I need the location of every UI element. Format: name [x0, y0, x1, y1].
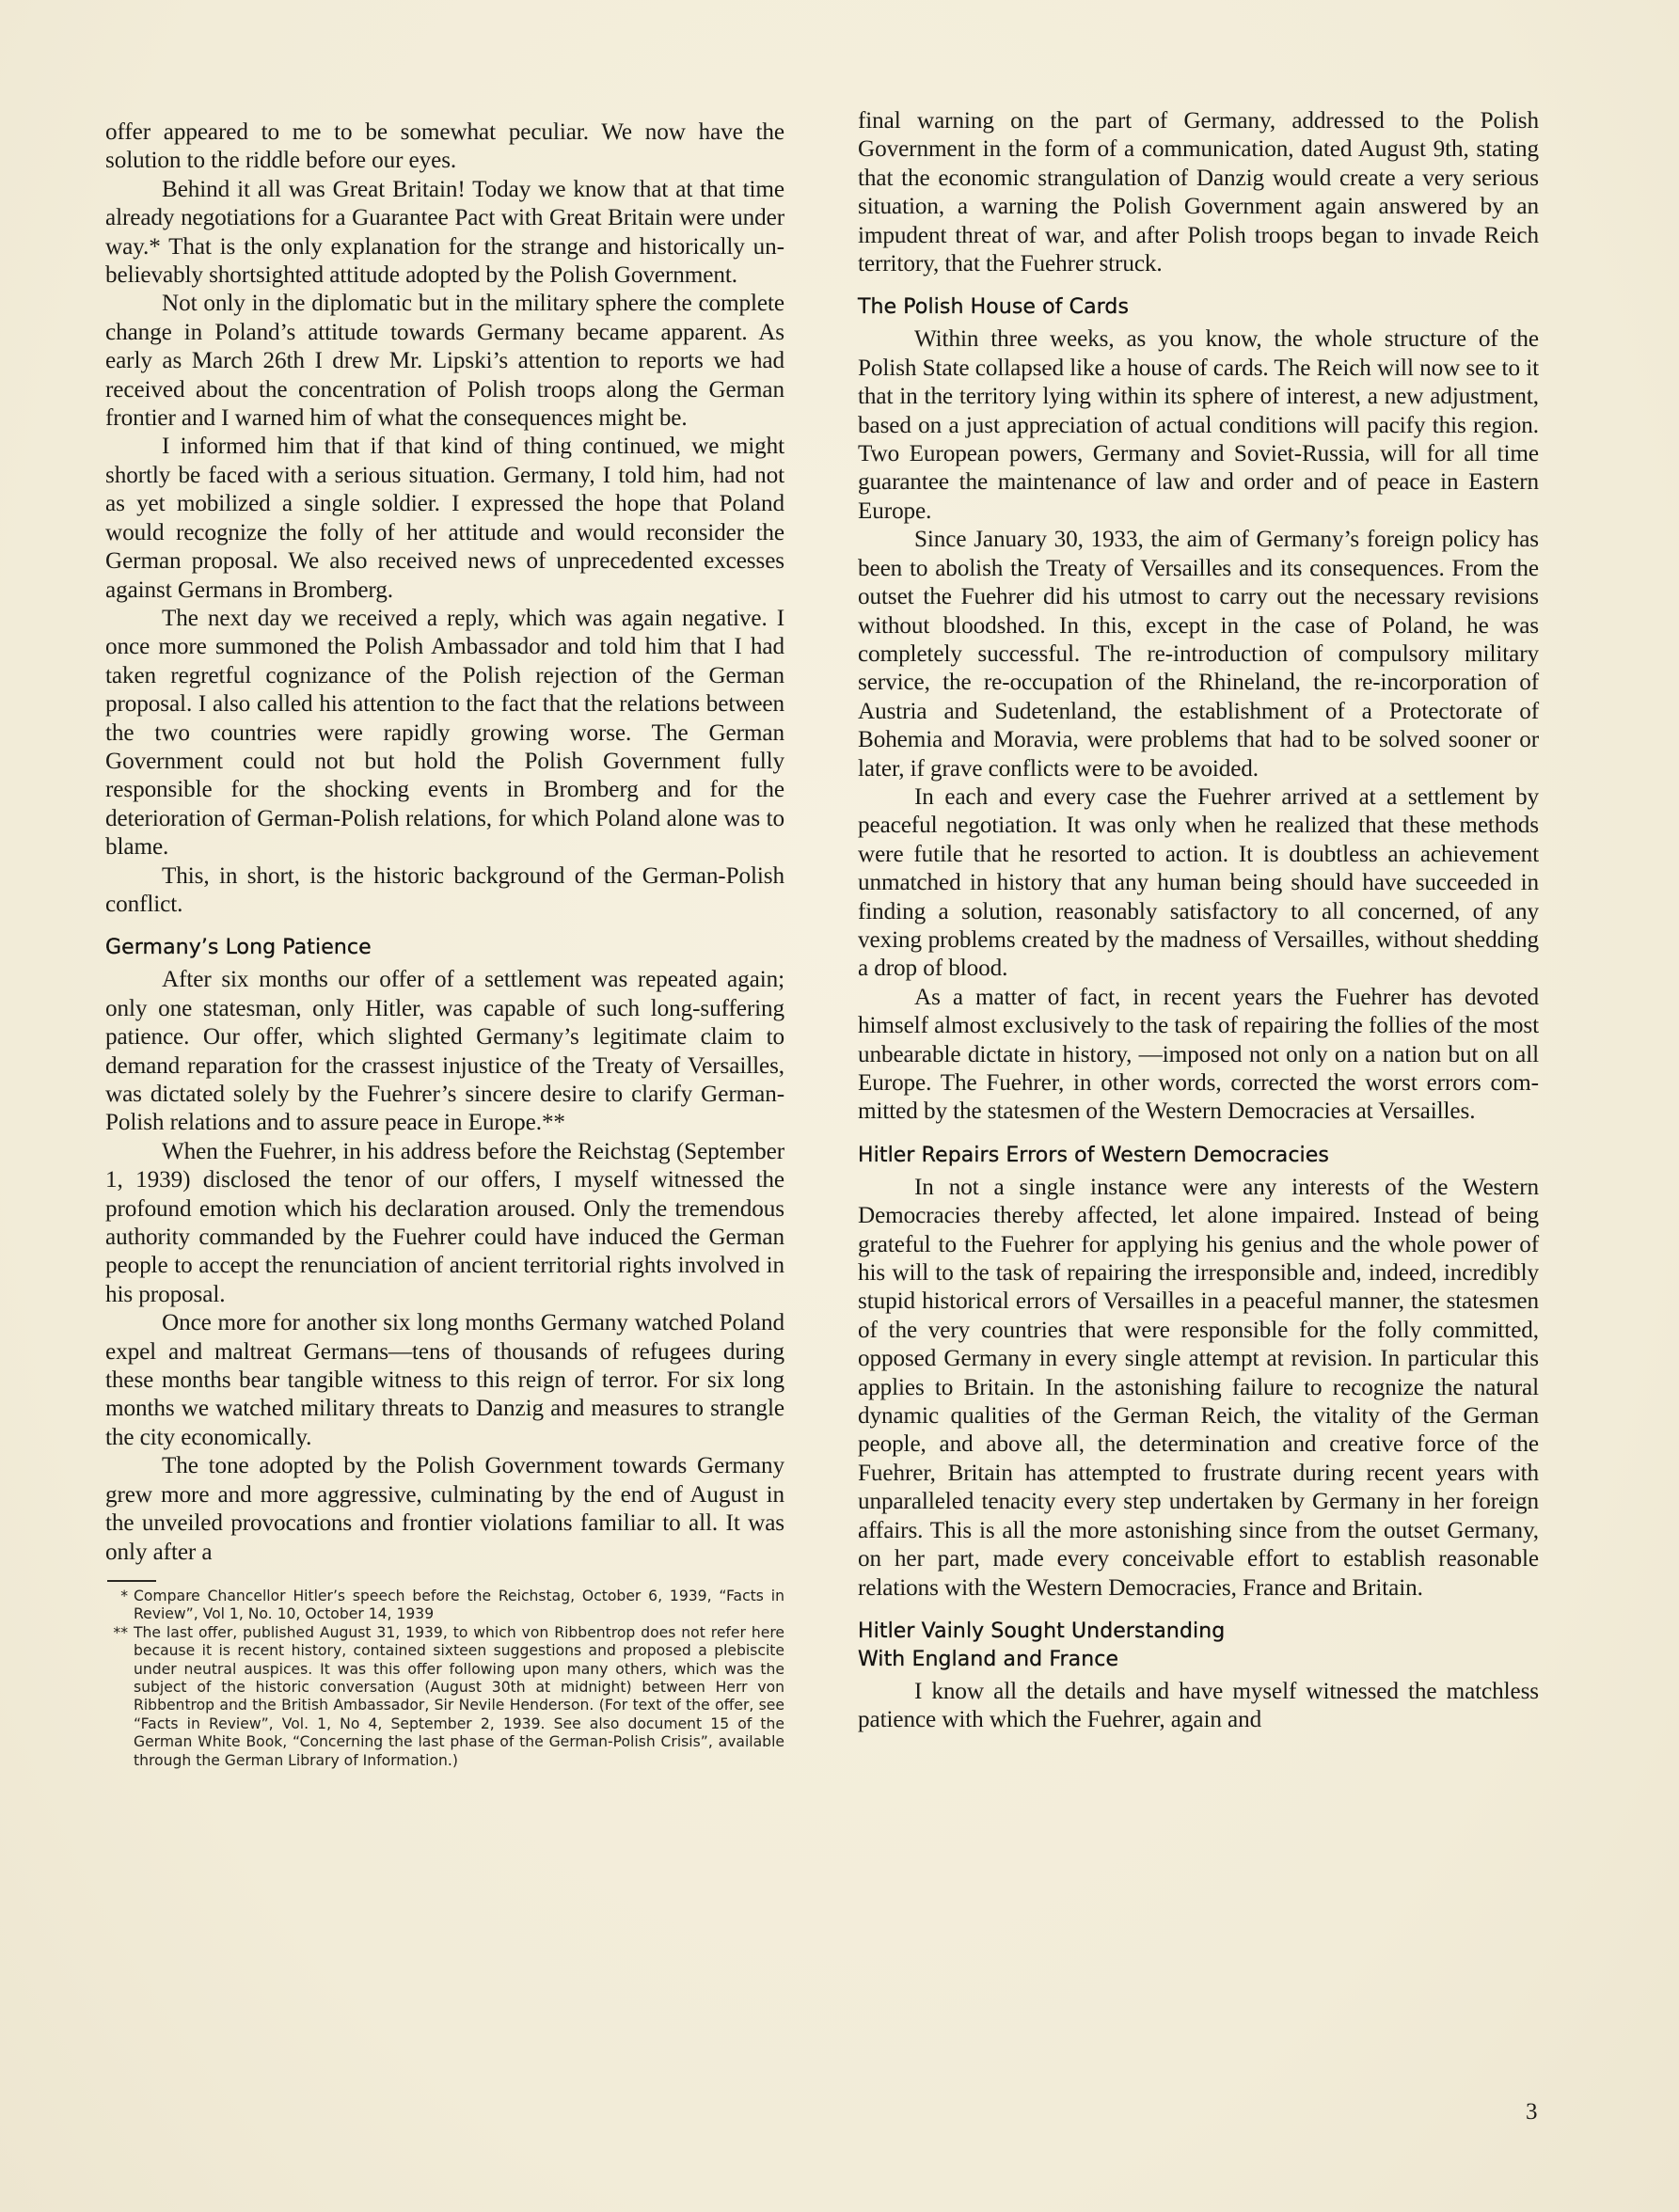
heading-line-2: With England and France [858, 1648, 1118, 1671]
footnote-divider [107, 1580, 156, 1582]
page-number: 3 [1526, 2099, 1538, 2125]
footnote-text: The last offer, published August 31, 193… [134, 1624, 784, 1770]
body-paragraph: The tone adopted by the Polish Governmen… [105, 1452, 784, 1567]
heading-line-1: Hitler Vainly Sought Understanding [858, 1619, 1225, 1643]
section-heading-long-patience: Germany’s Long Patience [105, 934, 784, 962]
body-paragraph: offer appeared to me to be somewhat pecu… [105, 118, 784, 176]
body-paragraph: I informed him that if that kind of thin… [105, 433, 784, 604]
body-paragraph: Since January 30, 1933, the aim of Germa… [858, 526, 1539, 783]
document-page: offer appeared to me to be somewhat pecu… [0, 0, 1679, 2212]
body-paragraph: In each and every case the Fuehrer arriv… [858, 783, 1539, 984]
body-paragraph: After six months our offer of a settleme… [105, 966, 784, 1137]
section-heading-repairs-errors: Hitler Repairs Errors of Western Democra… [858, 1142, 1539, 1170]
body-paragraph: As a matter of fact, in recent years the… [858, 984, 1539, 1127]
body-paragraph: In not a single instance were any intere… [858, 1174, 1539, 1603]
body-paragraph: Within three weeks, as you know, the who… [858, 325, 1539, 526]
body-paragraph: Not only in the diplomatic but in the mi… [105, 290, 784, 433]
body-paragraph: final warning on the part of Germany, ad… [858, 107, 1539, 278]
left-column: offer appeared to me to be somewhat pecu… [105, 118, 784, 1770]
footnote-marker: * [105, 1588, 134, 1624]
right-column: final warning on the part of Germany, ad… [858, 107, 1539, 1735]
body-paragraph: Behind it all was Great Britain! Today w… [105, 176, 784, 291]
body-paragraph: Once more for another six long months Ge… [105, 1309, 784, 1452]
footnotes: * Compare Chancellor Hitler’s speech bef… [105, 1588, 784, 1770]
footnote-marker: ** [105, 1624, 134, 1770]
body-paragraph: When the Fuehrer, in his address before … [105, 1138, 784, 1309]
footnote-text: Compare Chancellor Hitler’s speech befor… [134, 1588, 784, 1624]
body-paragraph: I know all the details and have myself w… [858, 1678, 1539, 1735]
section-heading-house-of-cards: The Polish House of Cards [858, 293, 1539, 322]
body-paragraph: The next day we received a reply, which … [105, 605, 784, 862]
section-heading-vainly-sought: Hitler Vainly Sought Understanding With … [858, 1618, 1539, 1674]
footnote-2: ** The last offer, published August 31, … [105, 1624, 784, 1770]
body-paragraph: This, in short, is the historic backgrou… [105, 862, 784, 920]
footnote-1: * Compare Chancellor Hitler’s speech bef… [105, 1588, 784, 1624]
